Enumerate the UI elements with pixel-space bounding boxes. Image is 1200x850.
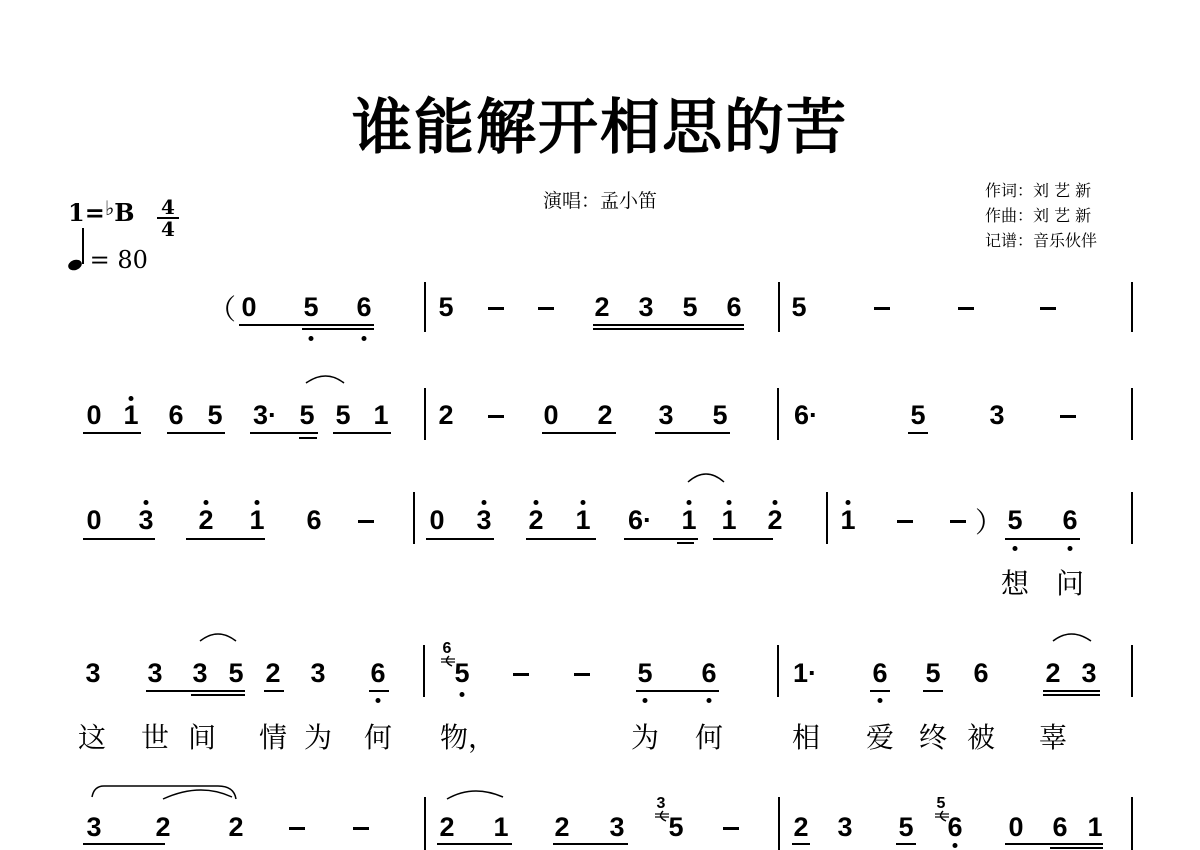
slurs xyxy=(0,0,1200,850)
